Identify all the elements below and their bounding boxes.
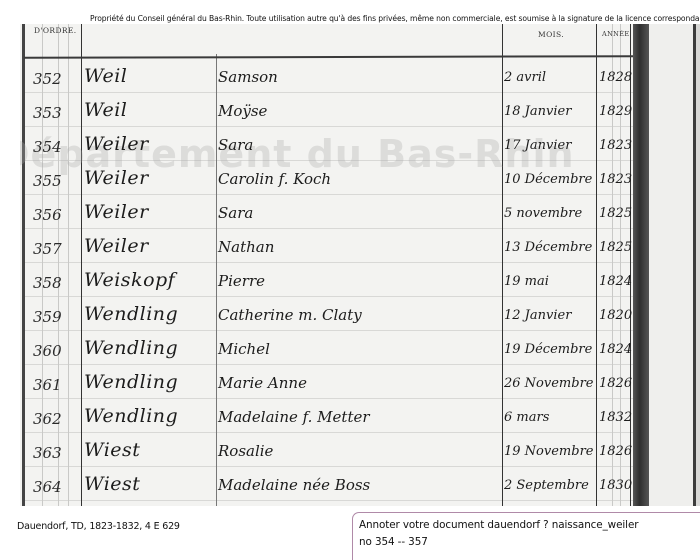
entry-surname: Wendling (84, 371, 178, 393)
entry-year: 1820 (599, 308, 632, 323)
entry-date: 10 Décembre (504, 172, 592, 187)
register-entry: 353WeilMoÿse18 Janvier1829 (20, 96, 630, 130)
entry-surname: Wiest (84, 439, 140, 461)
entry-number: 355 (33, 172, 62, 190)
register-entry: 357WeilerNathan13 Décembre1825 (20, 232, 630, 266)
register-entry: 359WendlingCatherine m. Claty12 Janvier1… (20, 300, 630, 334)
entry-year: 1824 (599, 274, 632, 289)
entry-surname: Weiler (84, 235, 149, 257)
entry-surname: Weiler (84, 167, 149, 189)
register-entry: 361WendlingMarie Anne26 Novembre1826 (20, 368, 630, 402)
entry-date: 26 Novembre (504, 376, 593, 391)
entry-year: 1830 (599, 478, 632, 493)
book-binding (633, 24, 649, 506)
entry-date: 19 mai (504, 274, 549, 289)
annotation-line-2: no 354 -- 357 (359, 534, 694, 551)
entry-year: 1824 (599, 342, 632, 357)
entry-given-name: Marie Anne (218, 374, 307, 392)
entry-number: 353 (33, 104, 62, 122)
entry-year: 1828 (599, 70, 632, 85)
register-entry: 354WeilerSara17 Janvier1823 (20, 130, 630, 164)
entry-year: 1826 (599, 376, 632, 391)
book-binding-page (649, 24, 693, 506)
annotation-line-1: Annoter votre document dauendorf ? naiss… (359, 517, 694, 534)
entry-date: 12 Janvier (504, 308, 571, 323)
copyright-notice: Propriété du Conseil général du Bas-Rhin… (90, 14, 700, 23)
entry-number: 356 (33, 206, 62, 224)
column-rule (630, 24, 631, 506)
entry-surname: Weil (84, 65, 127, 87)
entry-number: 357 (33, 240, 62, 258)
entry-number: 358 (33, 274, 62, 292)
entry-date: 19 Décembre (504, 342, 592, 357)
entry-surname: Weiskopf (84, 269, 175, 291)
header-annee: ANNÉE. (602, 30, 632, 38)
entry-number: 362 (33, 410, 62, 428)
entry-given-name: Madelaine f. Metter (218, 408, 370, 426)
entry-surname: Weiler (84, 133, 149, 155)
entry-year: 1823 (599, 138, 632, 153)
entry-number: 352 (33, 70, 62, 88)
document-scan: D'ORDRE. MOIS. ANNÉE. Département du Bas… (20, 24, 700, 506)
register-entry: 360WendlingMichel19 Décembre1824 (20, 334, 630, 368)
entry-number: 361 (33, 376, 62, 394)
entry-given-name: Catherine m. Claty (218, 306, 362, 324)
entry-surname: Wendling (84, 405, 178, 427)
entry-year: 1832 (599, 410, 632, 425)
register-entry: 364WiestMadelaine née Boss2 Septembre183… (20, 470, 630, 504)
entry-date: 2 avril (504, 70, 546, 85)
entry-number: 363 (33, 444, 62, 462)
entry-date: 13 Décembre (504, 240, 592, 255)
entry-surname: Wiest (84, 473, 140, 495)
entry-year: 1823 (599, 172, 632, 187)
entry-date: 5 novembre (504, 206, 582, 221)
entry-year: 1829 (599, 104, 632, 119)
book-binding-right (696, 24, 700, 506)
entry-surname: Wendling (84, 337, 178, 359)
entry-given-name: Sara (218, 136, 253, 154)
header-mois: MOIS. (538, 30, 564, 39)
entry-year: 1825 (599, 240, 632, 255)
entry-surname: Weiler (84, 201, 149, 223)
entry-date: 6 mars (504, 410, 549, 425)
entry-given-name: Nathan (218, 238, 274, 256)
entry-surname: Weil (84, 99, 127, 121)
entry-date: 2 Septembre (504, 478, 589, 493)
document-caption: Dauendorf, TD, 1823-1832, 4 E 629 (17, 521, 180, 532)
header-rule (24, 55, 638, 59)
entry-given-name: Carolin f. Koch (218, 170, 331, 188)
entry-given-name: Moÿse (218, 102, 267, 120)
entry-given-name: Samson (218, 68, 278, 86)
entry-year: 1826 (599, 444, 632, 459)
register-entry: 356WeilerSara5 novembre1825 (20, 198, 630, 232)
entry-number: 354 (33, 138, 62, 156)
register-entry: 355WeilerCarolin f. Koch10 Décembre1823 (20, 164, 630, 198)
entry-date: 19 Novembre (504, 444, 593, 459)
entry-given-name: Michel (218, 340, 270, 358)
entry-date: 18 Janvier (504, 104, 571, 119)
entry-given-name: Rosalie (218, 442, 273, 460)
entry-given-name: Pierre (218, 272, 265, 290)
register-entry: 362WendlingMadelaine f. Metter6 mars1832 (20, 402, 630, 436)
entry-surname: Wendling (84, 303, 178, 325)
entry-given-name: Madelaine née Boss (218, 476, 370, 494)
register-entry: 352WeilSamson2 avril1828 (20, 62, 630, 96)
entry-date: 17 Janvier (504, 138, 571, 153)
entry-number: 360 (33, 342, 62, 360)
register-entry: 363WiestRosalie19 Novembre1826 (20, 436, 630, 470)
register-entry: 358WeiskopfPierre19 mai1824 (20, 266, 630, 300)
entry-number: 359 (33, 308, 62, 326)
entry-number: 364 (33, 478, 62, 496)
entry-year: 1825 (599, 206, 632, 221)
annotation-box[interactable]: Annoter votre document dauendorf ? naiss… (352, 512, 700, 560)
entry-given-name: Sara (218, 204, 253, 222)
header-ordre: D'ORDRE. (34, 26, 77, 35)
